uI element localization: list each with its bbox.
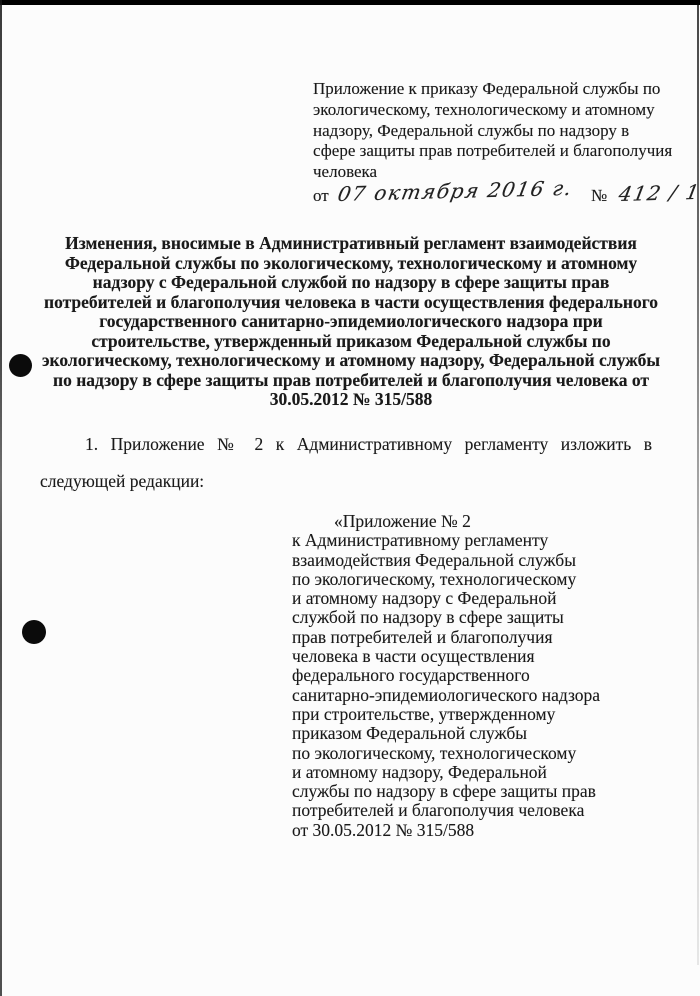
text-line: при строительстве, утвержденному — [292, 705, 622, 724]
text-line: государственного санитарно-эпидемиологич… — [35, 312, 667, 332]
text-line: и атомному надзору с Федеральной — [292, 589, 622, 608]
hole-punch-mark — [22, 620, 46, 644]
text-line: экологическому, технологическому и атомн… — [35, 351, 667, 371]
scan-edge-right — [697, 5, 699, 965]
text-line: по экологическому, технологическому — [292, 744, 622, 763]
handwritten-number: 412 / 1030 — [617, 181, 700, 205]
text-line: Изменения, вносимые в Административный р… — [35, 234, 667, 254]
text-line: Приложение к приказу Федеральной службы … — [313, 79, 693, 100]
text-line: службы по надзору в сфере защиты прав — [292, 782, 622, 801]
text-line: надзору с Федеральной службой по надзору… — [35, 273, 667, 293]
scan-edge-left — [0, 0, 2, 996]
scanned-document-page: Приложение к приказу Федеральной службы … — [0, 0, 700, 996]
text-line: Федеральной службы по экологическому, те… — [35, 254, 667, 274]
annex-heading-block: «Приложение № 2к Административному регла… — [292, 512, 622, 840]
text-line: санитарно-эпидемиологического надзора — [292, 686, 622, 705]
text-line: к Административному регламенту — [292, 531, 622, 550]
text-line: потребителей и благополучия человека в ч… — [35, 293, 667, 313]
handwritten-date: 07 октября 2016 г. — [336, 178, 574, 205]
text-line: потребителей и благополучия человека — [292, 801, 622, 820]
text-line: человека в части осуществления — [292, 647, 622, 666]
text-line: федерального государственного — [292, 666, 622, 685]
text-line: прав потребителей и благополучия — [292, 628, 622, 647]
annex-reference-lines: Приложение к приказу Федеральной службы … — [313, 79, 693, 183]
text-line: и атомному надзору, Федеральной — [292, 763, 622, 782]
annex-reference-block: Приложение к приказу Федеральной службы … — [313, 79, 693, 210]
text-line: 30.05.2012 № 315/588 — [35, 390, 667, 410]
text-line: приказом Федеральной службы — [292, 724, 622, 743]
text-line: по экологическому, технологическому — [292, 570, 622, 589]
from-label: от — [313, 186, 329, 207]
text-line: «Приложение № 2 — [292, 512, 622, 531]
text-line: службой по надзору в сфере защиты — [292, 608, 622, 627]
document-title: Изменения, вносимые в Административный р… — [35, 234, 667, 410]
hole-punch-mark — [9, 354, 32, 377]
text-line: взаимодействия Федеральной службы — [292, 551, 622, 570]
text-line: от 30.05.2012 № 315/588 — [292, 821, 622, 840]
text-line: сфере защиты прав потребителей и благопо… — [313, 141, 693, 162]
text-line: по надзору в сфере защиты прав потребите… — [35, 371, 667, 391]
body-paragraph: 1. Приложение № 2 к Административному ре… — [40, 426, 652, 500]
scan-edge-top — [0, 0, 700, 5]
text-line: экологическому, технологическому и атомн… — [313, 100, 693, 121]
number-label: № — [591, 186, 607, 207]
text-line: строительстве, утвержденный приказом Фед… — [35, 332, 667, 352]
order-date-number-line: от 07 октября 2016 г. № 412 / 1030 — [313, 184, 693, 210]
text-line: надзору, Федеральной службы по надзору в — [313, 121, 693, 142]
